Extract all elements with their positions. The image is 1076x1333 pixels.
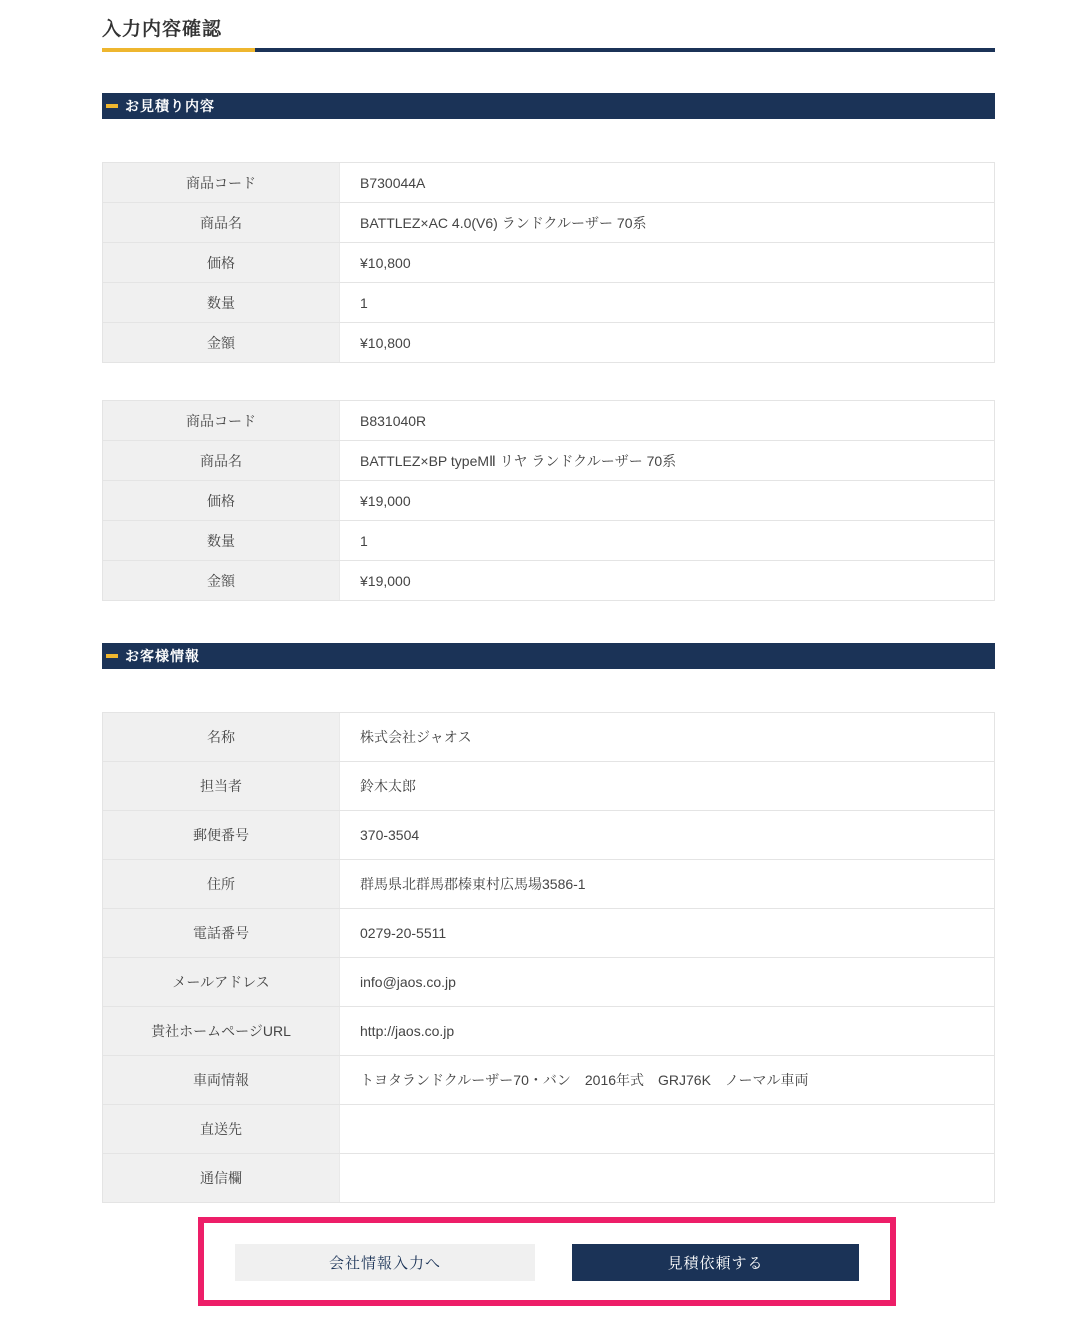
row-label: 住所 xyxy=(103,860,340,908)
row-label: 通信欄 xyxy=(103,1154,340,1202)
table-row: 担当者 鈴木太郎 xyxy=(103,762,994,811)
row-label: 価格 xyxy=(103,481,340,520)
page-title: 入力内容確認 xyxy=(102,0,995,42)
table-row: 価格 ¥10,800 xyxy=(103,243,994,283)
main-content: 入力内容確認 お見積り内容 商品コード B730044A 商品名 BATTLEZ… xyxy=(102,0,995,1306)
section-header-customer: お客様情報 xyxy=(102,643,995,669)
row-value: ¥10,800 xyxy=(340,243,994,282)
row-value: B831040R xyxy=(340,401,994,440)
row-value: ¥19,000 xyxy=(340,481,994,520)
row-value: B730044A xyxy=(340,163,994,202)
table-row: 住所 群馬県北群馬郡榛東村広馬場3586-1 xyxy=(103,860,994,909)
table-row: 車両情報 トヨタランドクルーザー70・バン 2016年式 GRJ76K ノーマル… xyxy=(103,1056,994,1105)
row-value: 1 xyxy=(340,521,994,560)
row-label: 直送先 xyxy=(103,1105,340,1153)
table-row: 商品名 BATTLEZ×AC 4.0(V6) ランドクルーザー 70系 xyxy=(103,203,994,243)
customer-info-table: 名称 株式会社ジャオス 担当者 鈴木太郎 郵便番号 370-3504 住所 群馬… xyxy=(102,712,995,1203)
row-label: 郵便番号 xyxy=(103,811,340,859)
row-label: 金額 xyxy=(103,561,340,600)
row-value: 群馬県北群馬郡榛東村広馬場3586-1 xyxy=(340,860,994,908)
table-row: 電話番号 0279-20-5511 xyxy=(103,909,994,958)
section-title: お見積り内容 xyxy=(125,96,215,116)
section-dash-icon xyxy=(106,654,118,658)
row-value: 0279-20-5511 xyxy=(340,909,994,957)
table-row: 郵便番号 370-3504 xyxy=(103,811,994,860)
table-row: 商品コード B831040R xyxy=(103,401,994,441)
row-value: ¥10,800 xyxy=(340,323,994,362)
request-quote-button[interactable]: 見積依頼する xyxy=(572,1244,859,1281)
row-label: 数量 xyxy=(103,283,340,322)
row-label: 数量 xyxy=(103,521,340,560)
table-row: 名称 株式会社ジャオス xyxy=(103,713,994,762)
row-label: 金額 xyxy=(103,323,340,362)
row-label: メールアドレス xyxy=(103,958,340,1006)
underline-navy-segment xyxy=(255,48,995,52)
table-row: 金額 ¥10,800 xyxy=(103,323,994,363)
row-value: BATTLEZ×BP typeMⅡ リヤ ランドクルーザー 70系 xyxy=(340,441,994,480)
row-label: 電話番号 xyxy=(103,909,340,957)
table-row: 商品名 BATTLEZ×BP typeMⅡ リヤ ランドクルーザー 70系 xyxy=(103,441,994,481)
row-label: 商品名 xyxy=(103,441,340,480)
row-value: info@jaos.co.jp xyxy=(340,958,994,1006)
back-to-company-info-button[interactable]: 会社情報入力へ xyxy=(235,1244,535,1281)
row-label: 商品コード xyxy=(103,163,340,202)
row-value: 370-3504 xyxy=(340,811,994,859)
row-label: 車両情報 xyxy=(103,1056,340,1104)
row-value: トヨタランドクルーザー70・バン 2016年式 GRJ76K ノーマル車両 xyxy=(340,1056,994,1104)
table-row: 数量 1 xyxy=(103,283,994,323)
row-value: 鈴木太郎 xyxy=(340,762,994,810)
table-row: 通信欄 xyxy=(103,1154,994,1203)
table-row: 金額 ¥19,000 xyxy=(103,561,994,601)
row-value xyxy=(340,1105,994,1153)
underline-yellow-segment xyxy=(102,48,255,52)
row-label: 担当者 xyxy=(103,762,340,810)
row-value: BATTLEZ×AC 4.0(V6) ランドクルーザー 70系 xyxy=(340,203,994,242)
section-header-quote: お見積り内容 xyxy=(102,93,995,119)
product-table-1: 商品コード B730044A 商品名 BATTLEZ×AC 4.0(V6) ラン… xyxy=(102,162,995,363)
row-value: http://jaos.co.jp xyxy=(340,1007,994,1055)
row-value xyxy=(340,1154,994,1202)
row-value: ¥19,000 xyxy=(340,561,994,600)
row-value: 株式会社ジャオス xyxy=(340,713,994,761)
table-row: 数量 1 xyxy=(103,521,994,561)
title-underline xyxy=(102,48,995,52)
highlight-annotation-box: 会社情報入力へ 見積依頼する xyxy=(198,1217,896,1306)
table-row: 貴社ホームページURL http://jaos.co.jp xyxy=(103,1007,994,1056)
row-label: 価格 xyxy=(103,243,340,282)
row-label: 商品名 xyxy=(103,203,340,242)
product-table-2: 商品コード B831040R 商品名 BATTLEZ×BP typeMⅡ リヤ … xyxy=(102,400,995,601)
table-row: メールアドレス info@jaos.co.jp xyxy=(103,958,994,1007)
table-row: 価格 ¥19,000 xyxy=(103,481,994,521)
section-dash-icon xyxy=(106,104,118,108)
row-label: 名称 xyxy=(103,713,340,761)
section-title: お客様情報 xyxy=(125,646,200,666)
row-label: 商品コード xyxy=(103,401,340,440)
table-row: 直送先 xyxy=(103,1105,994,1154)
row-value: 1 xyxy=(340,283,994,322)
table-row: 商品コード B730044A xyxy=(103,163,994,203)
row-label: 貴社ホームページURL xyxy=(103,1007,340,1055)
